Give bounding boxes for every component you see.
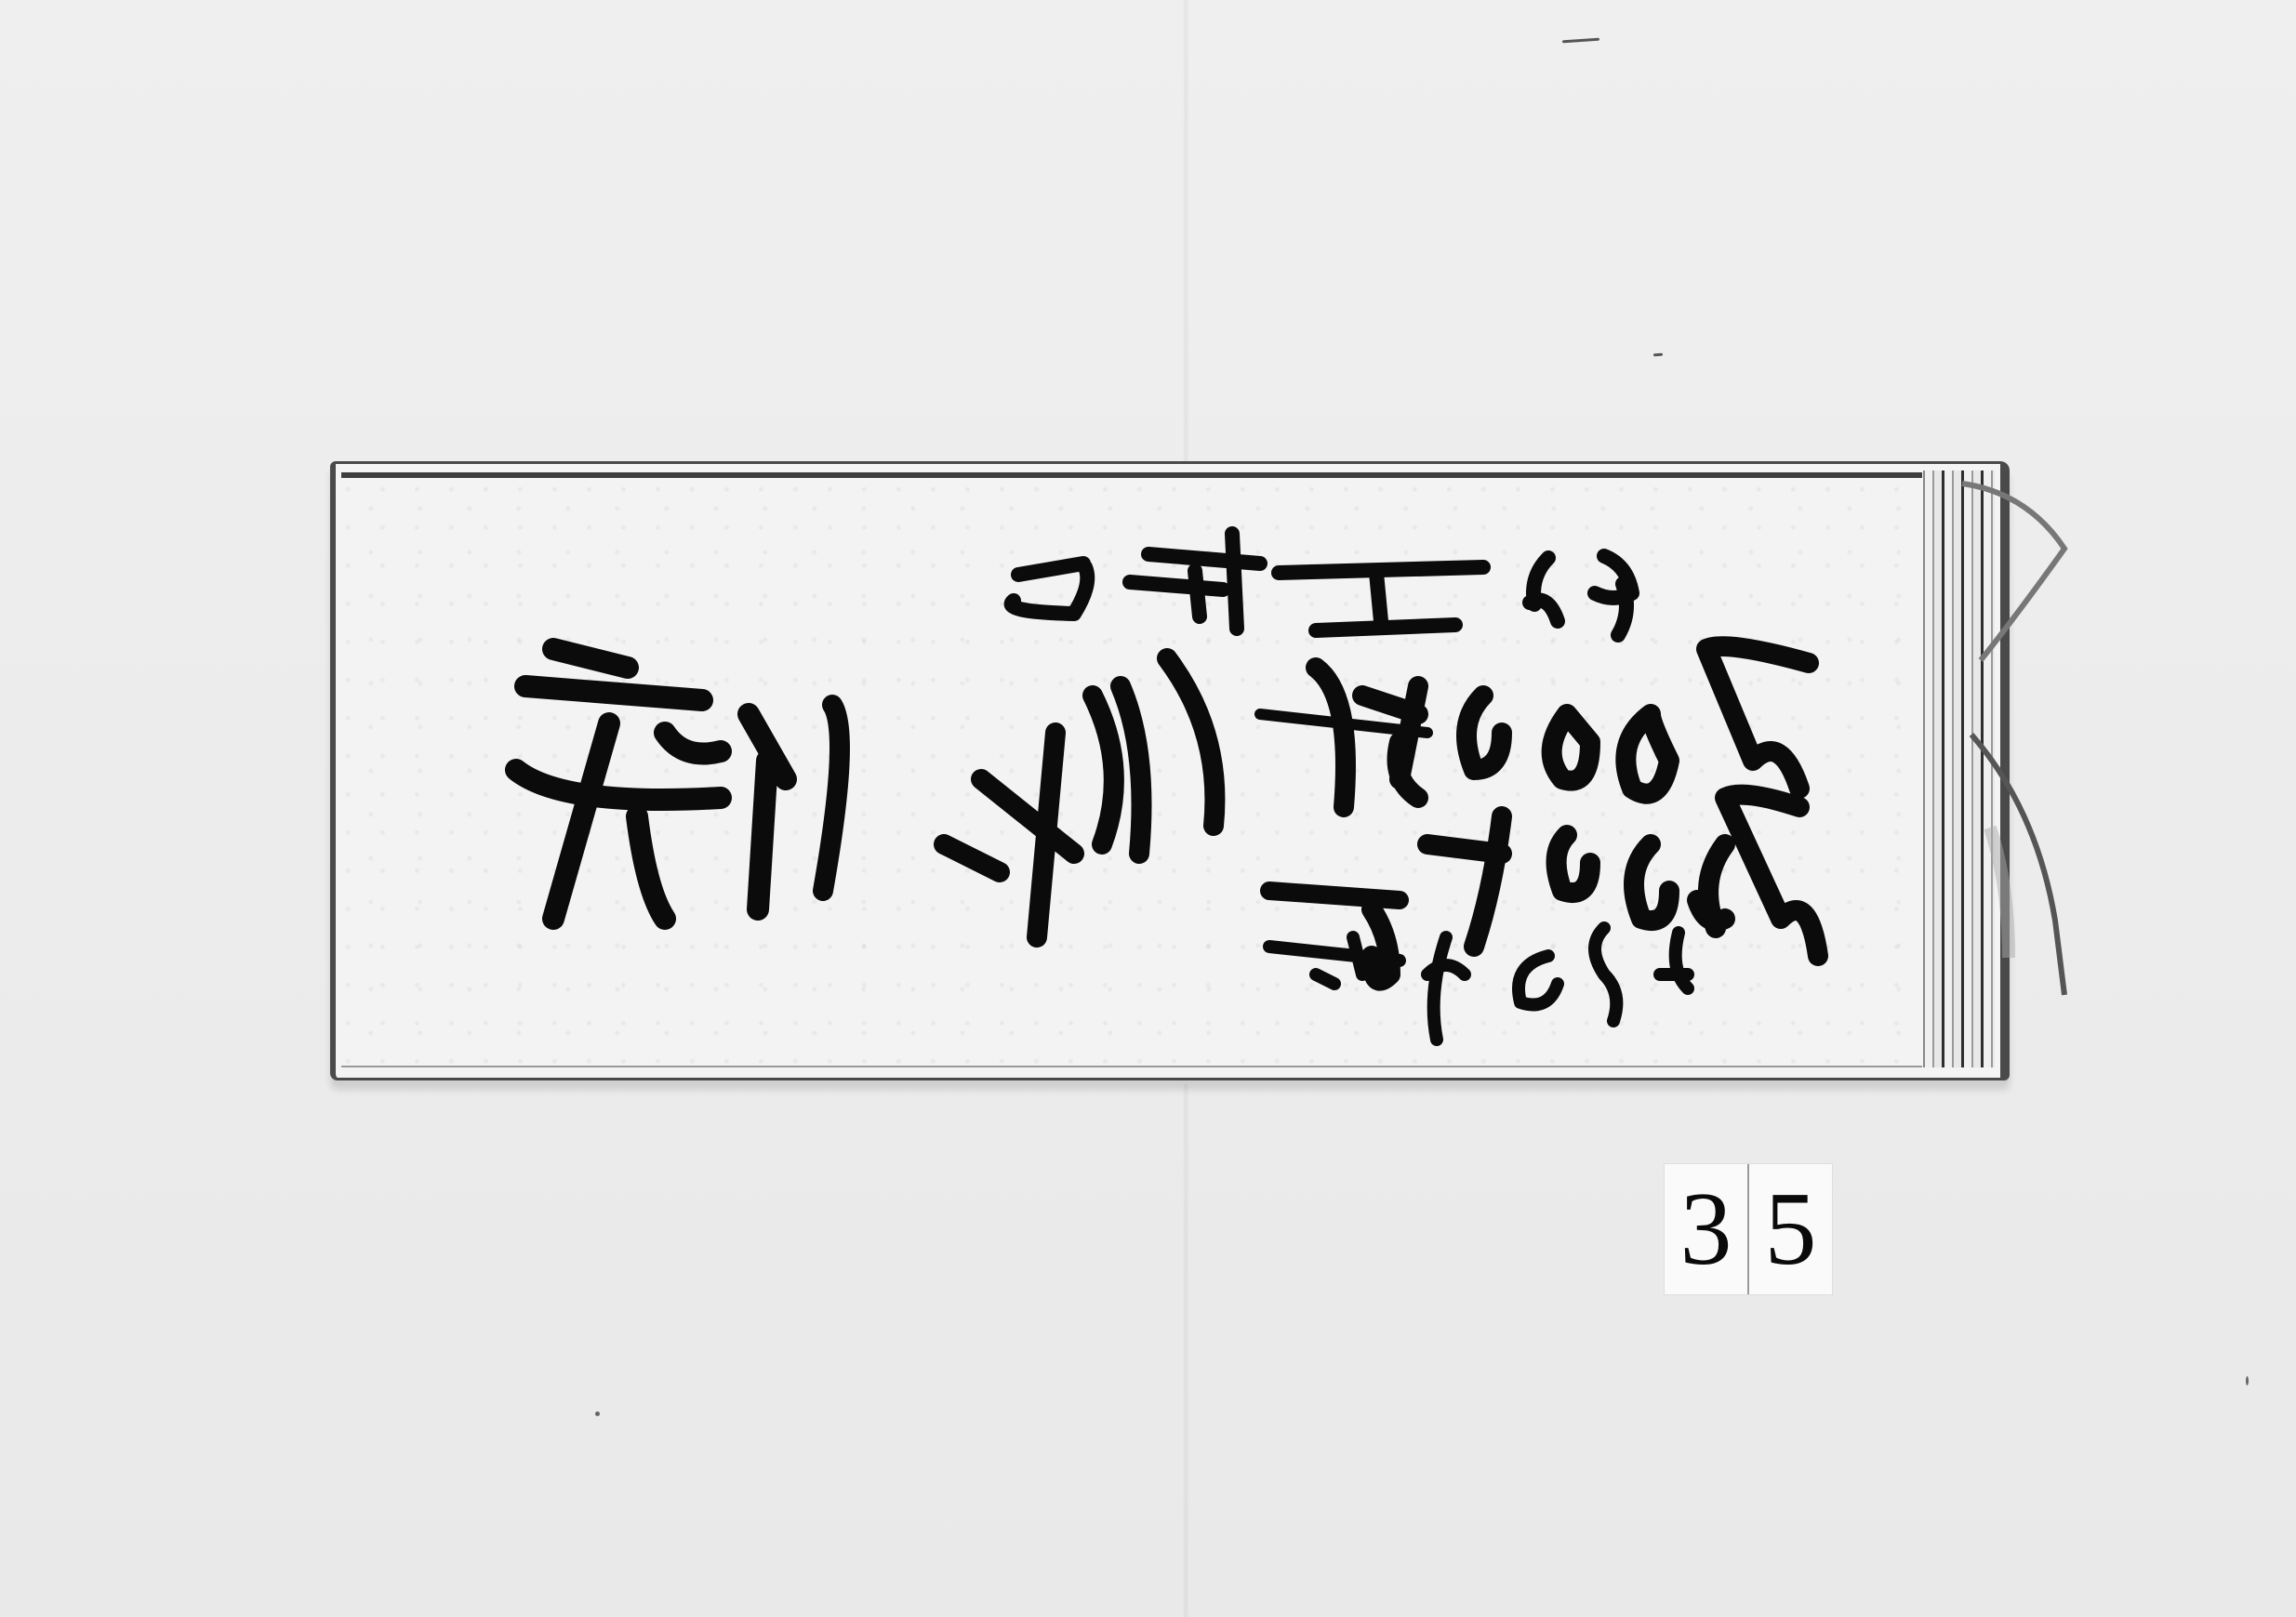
column-date [1012,534,1632,635]
item-number-tag: 3 5 [1665,1164,1832,1294]
tag-digit: 3 [1665,1164,1747,1294]
binding-cord [1953,474,2102,1032]
cover-title-line-2: brush cursive title ending in 帳 [981,863,1096,877]
cover-title-line-1: brush cursive title [981,733,1048,743]
background-speck [595,1412,600,1416]
background-speck [2246,1376,2249,1385]
glyph-large [516,649,786,919]
calligraphy-strokes [330,454,1995,1075]
tag-digit: 5 [1747,1164,1832,1294]
cover-annotation-line: cursive annotation [981,974,1050,985]
cover-date-line: …九 廿 日 [981,584,1023,598]
booklet: …九 廿 日 brush cursive title brush cursive… [330,454,1995,1075]
